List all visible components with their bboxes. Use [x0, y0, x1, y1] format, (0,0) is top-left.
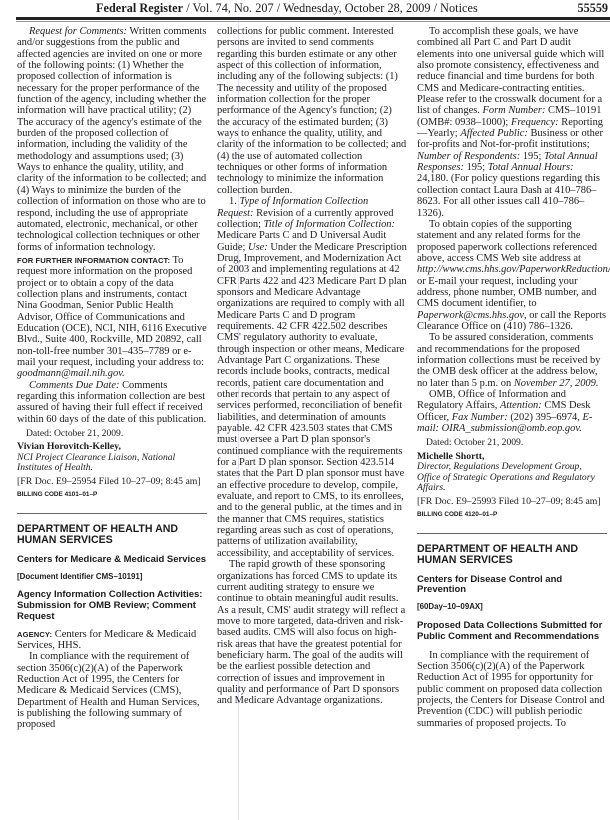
agency-line: AGENCY: Centers for Medicare & Medicaid …	[17, 629, 207, 652]
deadline-date: November 27, 2009.	[514, 378, 599, 389]
department-heading: DEPARTMENT OF HEALTH AND HUMAN SERVICES	[17, 524, 207, 547]
section-divider	[417, 533, 607, 534]
journal-name: Federal Register	[96, 1, 183, 15]
header-rule-thin	[16, 21, 610, 22]
document-identifier: [60Day–10–09AX]	[417, 601, 607, 612]
issue-info: / Vol. 74, No. 207 / Wednesday, October …	[183, 1, 478, 15]
oira-email-link[interactable]: OIRA_submission@omb.eop.gov.	[439, 423, 582, 434]
contact-email: goodmann@mail.nih.gov.	[17, 368, 125, 379]
contact-paragraph: FOR FURTHER INFORMATION CONTACT: To requ…	[17, 255, 207, 380]
column-3: To accomplish these goals, we have combi…	[417, 26, 607, 729]
dated-line: Dated: October 21, 2009.	[17, 428, 207, 439]
signer-title: Director, Regulations Development Group,…	[417, 462, 607, 494]
billing-code: BILLING CODE 4120–01–P	[417, 509, 607, 520]
header-rule	[16, 17, 610, 20]
cms-url-link[interactable]: http://www.cms.hhs.gov/PaperworkReductio…	[417, 264, 610, 275]
notice-subject: Proposed Data Collections Submitted for …	[417, 621, 607, 643]
comments-due-paragraph: Comments Due Date: Comments regarding th…	[17, 380, 207, 425]
notice-subject: Agency Information Collection Activities…	[17, 590, 207, 623]
agency-heading: Centers for Disease Control and Preventi…	[417, 575, 607, 597]
contact-label: FOR FURTHER INFORMATION CONTACT:	[17, 256, 170, 265]
signer-title: NCI Project Clearance Liaison, National …	[17, 453, 207, 474]
billing-code: BILLING CODE 4101–01–P	[17, 489, 207, 500]
copies-paragraph: To obtain copies of the supporting state…	[417, 219, 607, 332]
request-for-comments-paragraph: Request for Comments: Written comments a…	[17, 26, 207, 253]
fr-doc-line: [FR Doc. E9–25993 Filed 10–27–09; 8:45 a…	[417, 496, 607, 507]
omb-paragraph: OMB, Office of Information and Regulator…	[417, 389, 607, 434]
page-number: 55559	[578, 1, 608, 16]
growth-paragraph: The rapid growth of these sponsoring org…	[217, 559, 407, 706]
compliance-paragraph: In compliance with the requirement of se…	[17, 651, 207, 730]
running-head: Federal Register / Vol. 74, No. 207 / We…	[96, 1, 478, 16]
goals-paragraph: To accomplish these goals, we have combi…	[417, 26, 607, 219]
compliance-paragraph: In compliance with the requirement of Se…	[417, 650, 607, 729]
department-heading: DEPARTMENT OF HEALTH AND HUMAN SERVICES	[417, 544, 607, 567]
intro-paragraph: collections for public comment. Interest…	[217, 26, 407, 196]
consideration-paragraph: To be assured consideration, comments an…	[417, 332, 607, 389]
section-divider	[17, 513, 207, 514]
column-1: Request for Comments: Written comments a…	[17, 26, 207, 731]
column-2: collections for public comment. Interest…	[217, 26, 407, 707]
paperwork-email-link[interactable]: Paperwork@cms.hhs.gov	[417, 310, 524, 321]
document-identifier: [Document Identifier CMS–10191]	[17, 571, 207, 582]
dated-line: Dated: October 21, 2009.	[417, 437, 607, 448]
agency-heading: Centers for Medicare & Medicaid Services	[17, 555, 207, 566]
item-1-paragraph: 1. Type of Information Collection Reques…	[217, 196, 407, 559]
page-header: Federal Register / Vol. 74, No. 207 / We…	[0, 0, 610, 18]
fr-doc-line: [FR Doc. E9–25954 Filed 10–27–09; 8:45 a…	[17, 476, 207, 487]
